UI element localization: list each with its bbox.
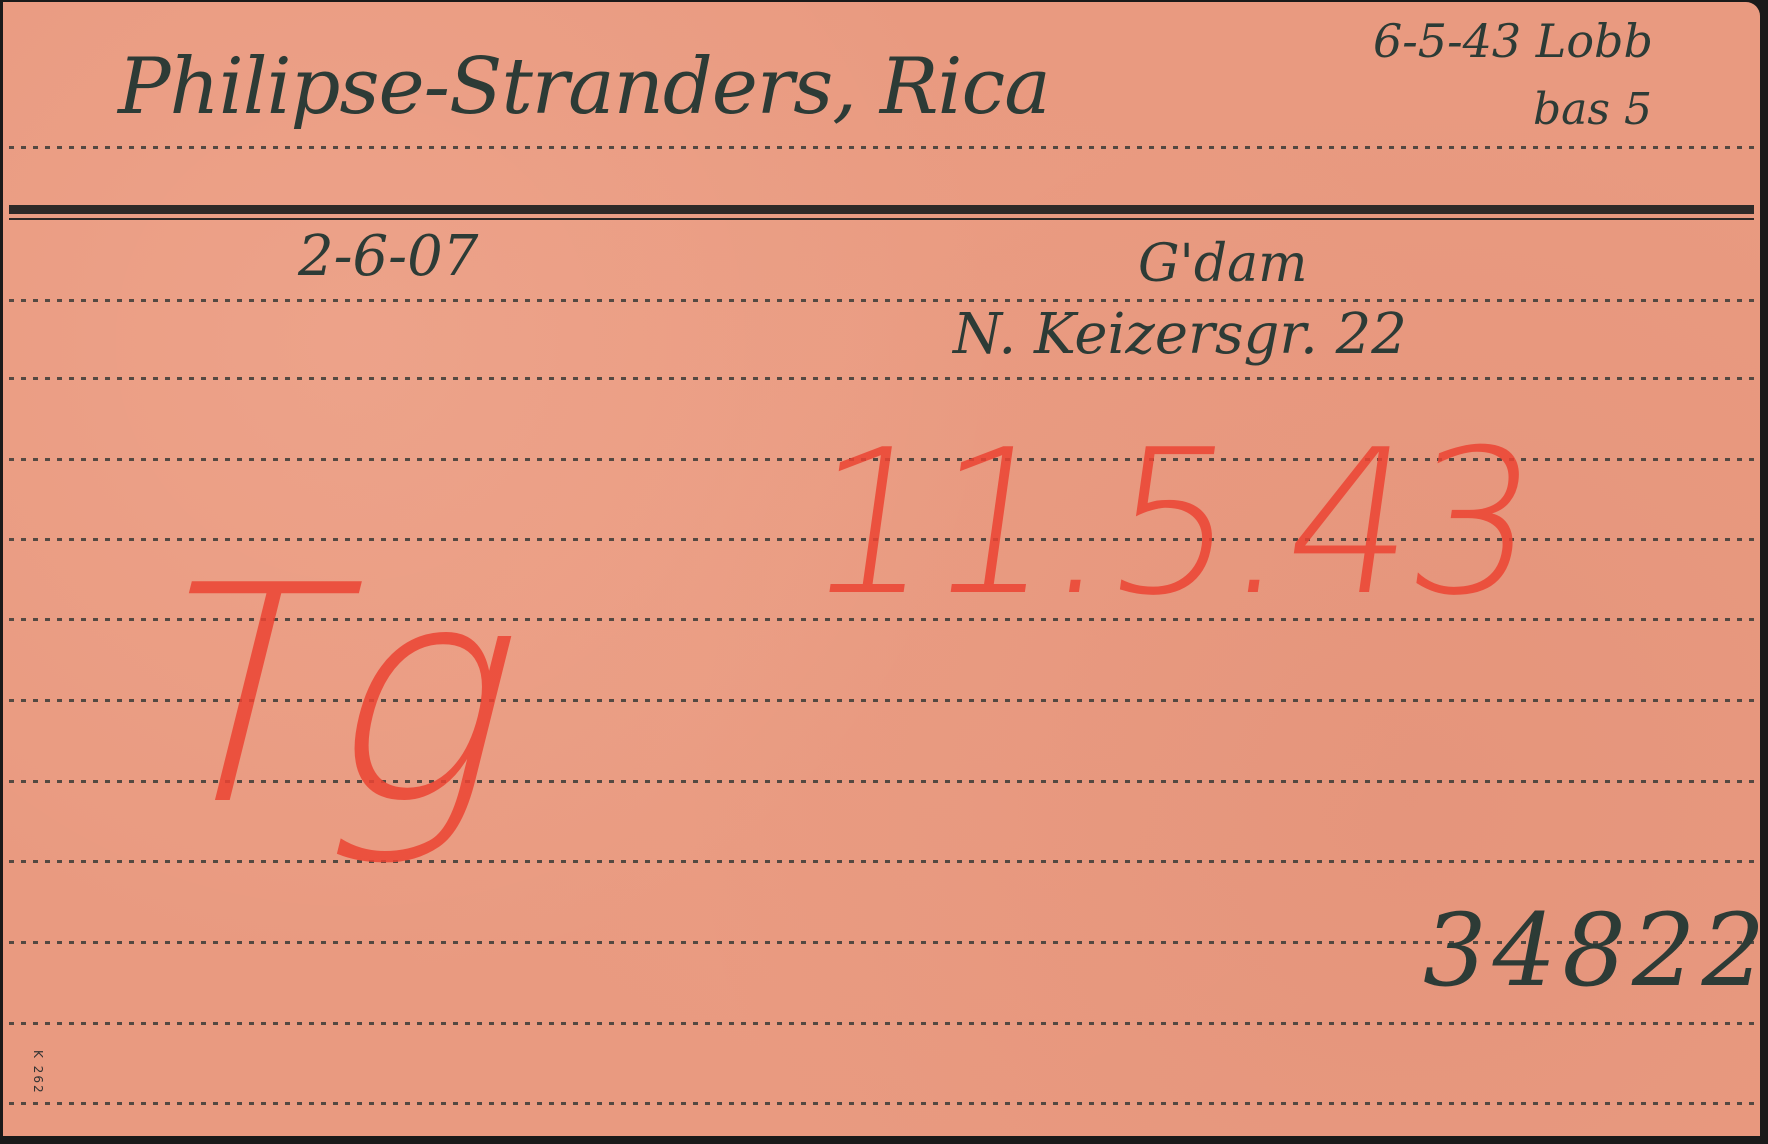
form-code: K 262: [31, 1050, 45, 1095]
dotted-line: [9, 1102, 1754, 1105]
date-note: 6-5-43 Lobb: [1373, 14, 1653, 68]
index-card: Philipse-Stranders, Rica 6-5-43 Lobb bas…: [3, 2, 1760, 1136]
dotted-line-name: [9, 146, 1754, 149]
street-address: N. Keizersgr. 22: [953, 302, 1407, 367]
person-name: Philipse-Stranders, Rica: [118, 42, 1050, 132]
city: G'dam: [1138, 234, 1307, 294]
header-rule-thin: [9, 218, 1754, 220]
red-date: 11.5.43: [793, 407, 1547, 640]
header-rule-thick: [9, 205, 1754, 214]
card-number: 34822: [1423, 892, 1768, 1009]
dotted-line: [9, 299, 1754, 302]
red-initials: Tg: [113, 522, 563, 871]
dotted-line: [9, 1022, 1754, 1025]
sub-note: bas 5: [1533, 84, 1652, 135]
dotted-line: [9, 377, 1754, 380]
birth-date: 2-6-07: [298, 224, 478, 289]
